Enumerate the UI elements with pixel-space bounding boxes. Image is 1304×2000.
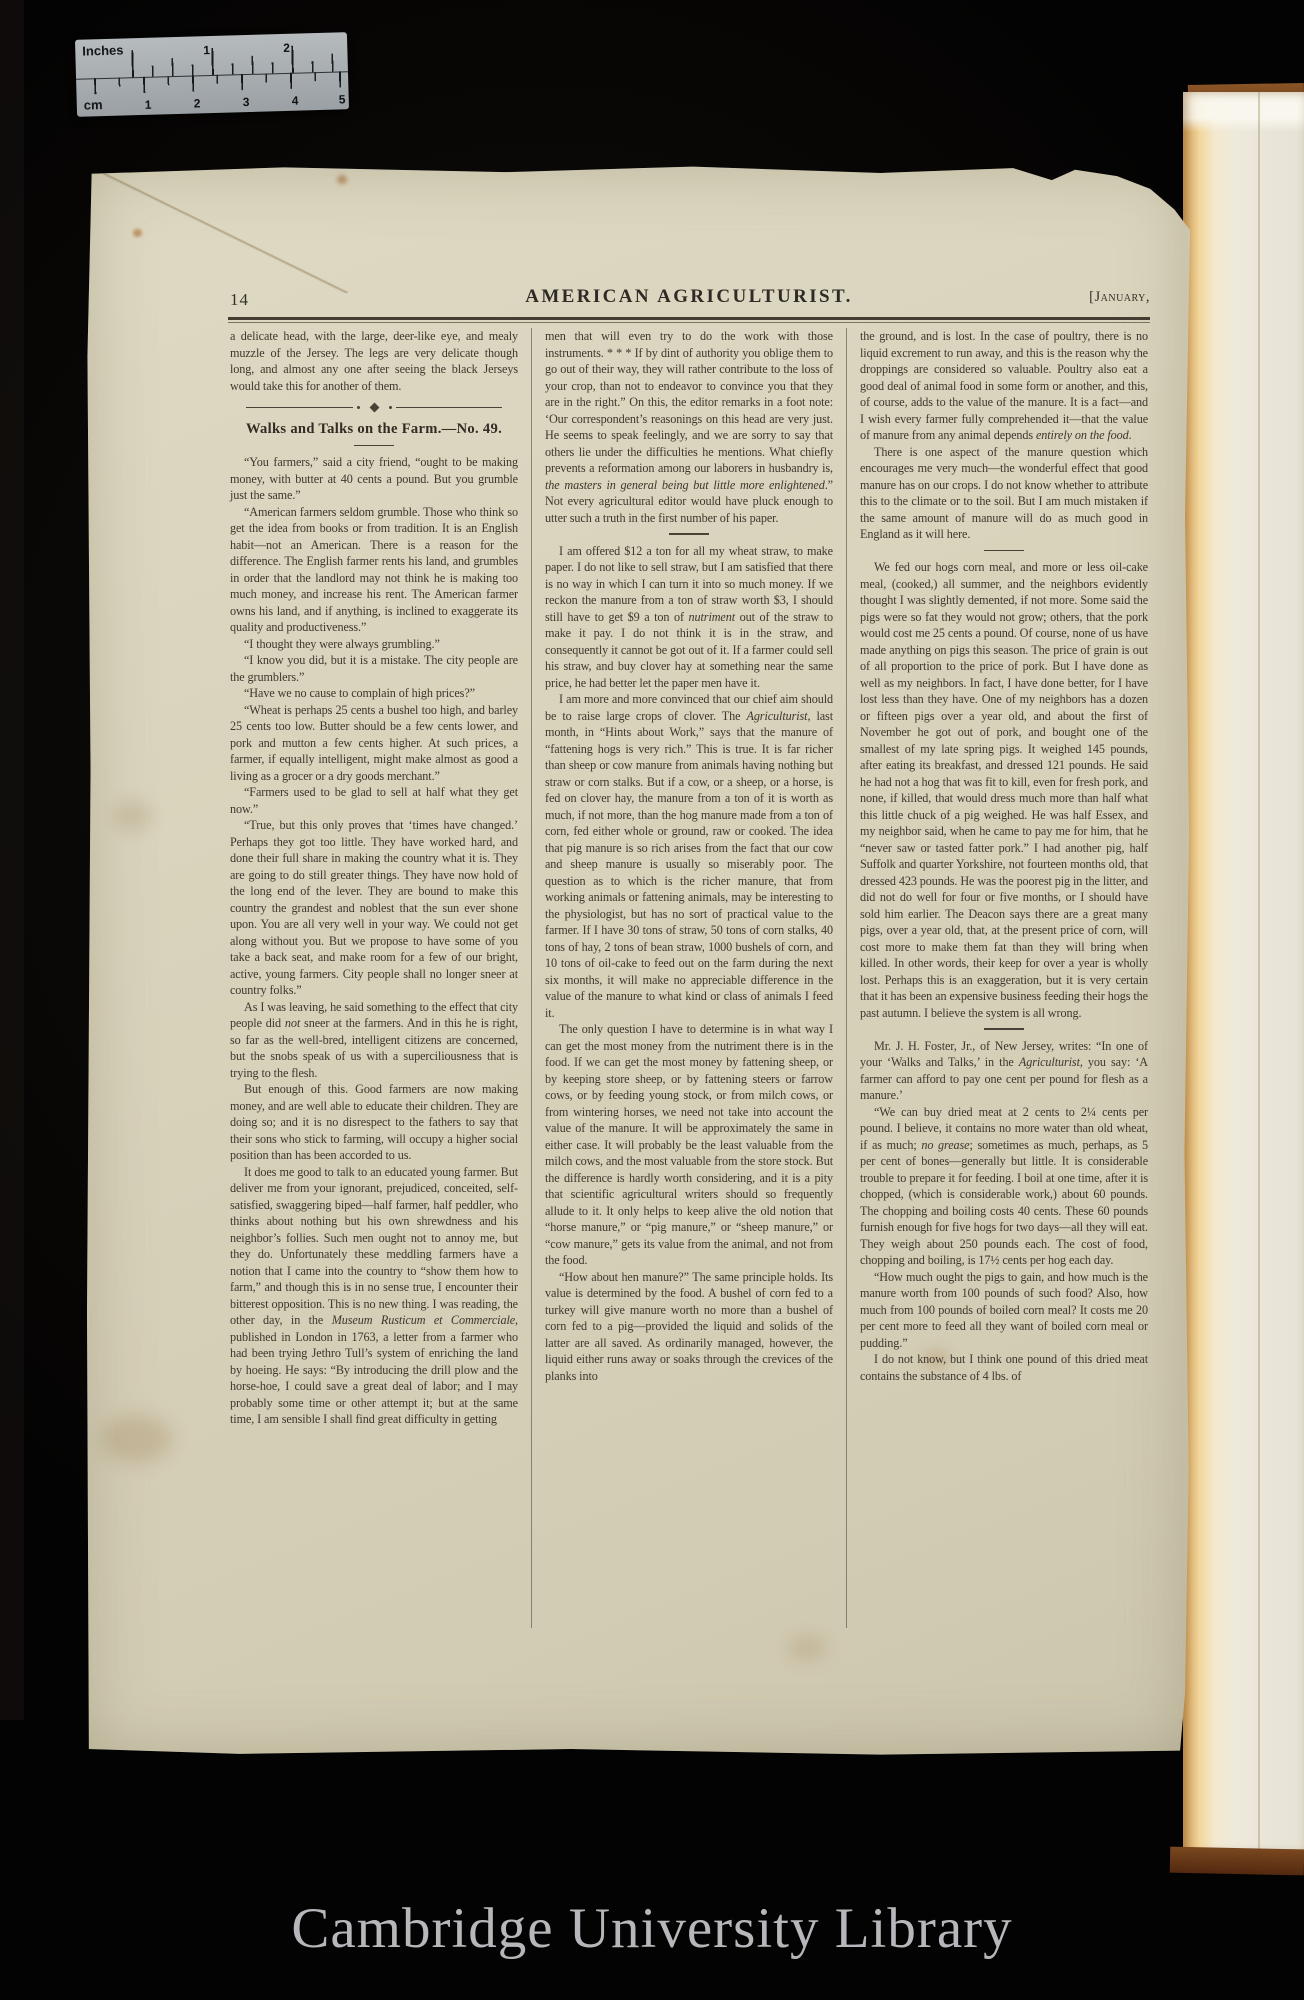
foxing-stain xyxy=(113,801,151,831)
ruler-cm-scale: cm 12345 xyxy=(76,71,349,117)
measurement-ruler: Inches 12 cm 12345 xyxy=(75,32,349,117)
text-column-3: the ground, and is lost. In the case of … xyxy=(846,328,1150,1628)
foxing-stain xyxy=(337,175,347,184)
paragraph: Mr. J. H. Foster, Jr., of New Jersey, wr… xyxy=(860,1038,1148,1104)
ruler-inches-label: Inches xyxy=(82,42,124,58)
paragraph: But enough of this. Good farmers are now… xyxy=(230,1081,518,1164)
paragraph: As I was leaving, he said something to t… xyxy=(230,999,518,1082)
paragraph: “I know you did, but it is a mistake. Th… xyxy=(230,652,518,685)
paragraph: “Have we no cause to complain of high pr… xyxy=(230,685,518,702)
ruler-cm-number: 3 xyxy=(243,95,250,109)
foxing-stain xyxy=(133,229,142,237)
paragraph: “How much ought the pigs to gain, and ho… xyxy=(860,1269,1148,1352)
text-column-1: a delicate head, with the large, deer-li… xyxy=(228,328,531,1628)
paragraph: men that will even try to do the work wi… xyxy=(545,328,833,526)
paragraph: I do not know, but I think one pound of … xyxy=(860,1351,1148,1384)
section-rule xyxy=(354,445,394,447)
book-fore-edge-pages xyxy=(1183,92,1304,1854)
issue-date: [January, xyxy=(1089,289,1150,306)
magazine-page: 14 AMERICAN AGRICULTURIST. [January, a d… xyxy=(85,165,1190,1757)
article-heading: Walks and Talks on the Farm.—No. 49. xyxy=(230,421,518,438)
background-shadow-strip xyxy=(0,0,24,1720)
section-rule xyxy=(669,533,709,535)
paragraph: “True, but this only proves that ‘times … xyxy=(230,817,518,999)
ornament-divider xyxy=(246,404,502,411)
paragraph: “American farmers seldom grumble. Those … xyxy=(230,504,518,636)
paragraph: We fed our hogs corn meal, and more or l… xyxy=(860,559,1148,1021)
paragraph: a delicate head, with the large, deer-li… xyxy=(230,328,518,394)
foxing-stain xyxy=(101,1415,173,1463)
ruler-inch-number: 1 xyxy=(203,43,210,57)
page-header: 14 AMERICAN AGRICULTURIST. [January, xyxy=(228,283,1150,315)
paragraph: The only question I have to determine is… xyxy=(545,1021,833,1269)
paragraph: “You farmers,” said a city friend, “ough… xyxy=(230,454,518,504)
paragraph: “We can buy dried meat at 2 cents to 2¼ … xyxy=(860,1104,1148,1269)
foxing-stain xyxy=(787,1635,827,1661)
paragraph: “Wheat is perhaps 25 cents a bushel too … xyxy=(230,702,518,785)
paragraph: There is one aspect of the manure questi… xyxy=(860,444,1148,543)
publication-title: AMERICAN AGRICULTURIST. xyxy=(228,286,1150,308)
paragraph: the ground, and is lost. In the case of … xyxy=(860,328,1148,444)
paragraph: “I thought they were always grumbling.” xyxy=(230,636,518,653)
ruler-cm-number: 5 xyxy=(339,92,346,106)
photo-stage: Inches 12 cm 12345 14 AMERICAN AGRICULTU… xyxy=(0,0,1304,2000)
paragraph: “How about hen manure?” The same princip… xyxy=(545,1269,833,1385)
paragraph: “Farmers used to be glad to sell at half… xyxy=(230,784,518,817)
ruler-cm-number: 2 xyxy=(194,96,201,110)
text-columns: a delicate head, with the large, deer-li… xyxy=(228,328,1150,1628)
text-column-2: men that will even try to do the work wi… xyxy=(531,328,846,1628)
section-rule xyxy=(984,1028,1024,1030)
ruler-cm-label: cm xyxy=(84,97,103,113)
ruler-inch-numbers: 12 xyxy=(75,32,347,40)
book-cover-leather-bottom xyxy=(1170,1847,1304,1876)
ruler-inch-number: 2 xyxy=(283,41,290,55)
ruler-cm-number: 1 xyxy=(145,98,152,112)
header-rule xyxy=(228,317,1150,323)
book-page-stack-line xyxy=(1258,92,1260,1854)
paragraph: It does me good to talk to an educated y… xyxy=(230,1164,518,1428)
library-watermark: Cambridge University Library xyxy=(0,1896,1304,1961)
section-rule xyxy=(984,550,1024,552)
paragraph: I am offered $12 a ton for all my wheat … xyxy=(545,543,833,692)
ruler-cm-number: 4 xyxy=(292,94,299,108)
paragraph: I am more and more convinced that our ch… xyxy=(545,691,833,1021)
